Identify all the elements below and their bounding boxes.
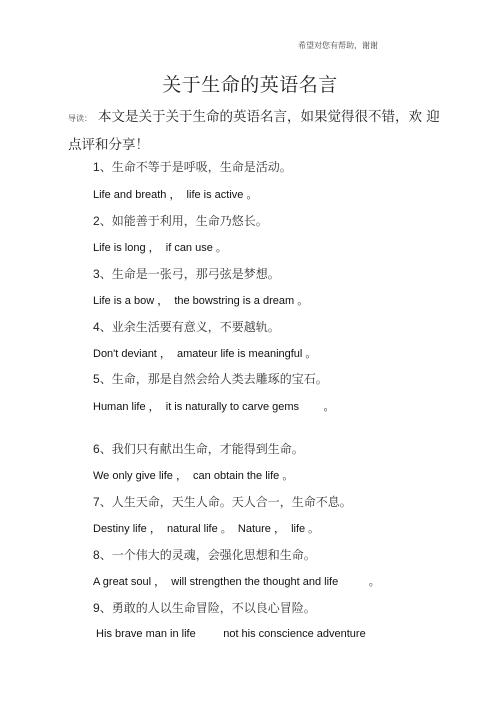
header-note: 希望对您有帮助，谢谢 — [298, 40, 378, 51]
quote-cn-5: 5、生命，那是自然会给人类去雕琢的宝石。 — [93, 370, 328, 387]
quote-cn-8: 8、一个伟大的灵魂，会强化思想和生命。 — [93, 546, 316, 563]
quote-en-7: Destiny life ， natural life 。 Nature ， l… — [93, 520, 319, 536]
quote-en-3: Life is a bow ， the bowstring is a dream… — [93, 292, 308, 308]
quote-cn-9: 9、勇敢的人以生命冒险，不以良心冒险。 — [93, 599, 316, 616]
quote-en-6: We only give life ， can obtain the life … — [93, 467, 293, 483]
quote-en-5: Human life ， it is naturally to carve ge… — [93, 398, 334, 414]
quote-en-8: A great soul ， will strengthen the thoug… — [93, 573, 380, 589]
intro-label: 导读： — [68, 114, 92, 123]
quote-cn-3: 3、生命是一张弓，那弓弦是梦想。 — [93, 265, 280, 282]
quote-en-9: His brave man in life not his conscience… — [93, 628, 366, 640]
quote-en-4: Don't deviant ， amateur life is meaningf… — [93, 345, 316, 361]
document-title: 关于生命的英语名言 — [0, 70, 500, 97]
quote-cn-2: 2、如能善于利用，生命乃悠长。 — [93, 212, 268, 229]
quote-cn-7: 7、人生天命，天生人命。天人合一，生命不息。 — [93, 493, 352, 510]
quote-cn-1: 1、生命不等于是呼吸，生命是活动。 — [93, 158, 292, 175]
intro-paragraph: 导读：本文是关于关于生命的英语名言，如果觉得很不错，欢 迎点评和分享！ — [68, 104, 448, 158]
quote-en-1: Life and breath ， life is active 。 — [93, 186, 257, 202]
quote-cn-4: 4、业余生活要有意义，不要越轨。 — [93, 318, 280, 335]
intro-text: 本文是关于关于生命的英语名言，如果觉得很不错，欢 迎点评和分享！ — [68, 109, 440, 153]
quote-en-2: Life is long ， if can use 。 — [93, 239, 227, 255]
quote-cn-6: 6、我们只有献出生命，才能得到生命。 — [93, 440, 304, 457]
